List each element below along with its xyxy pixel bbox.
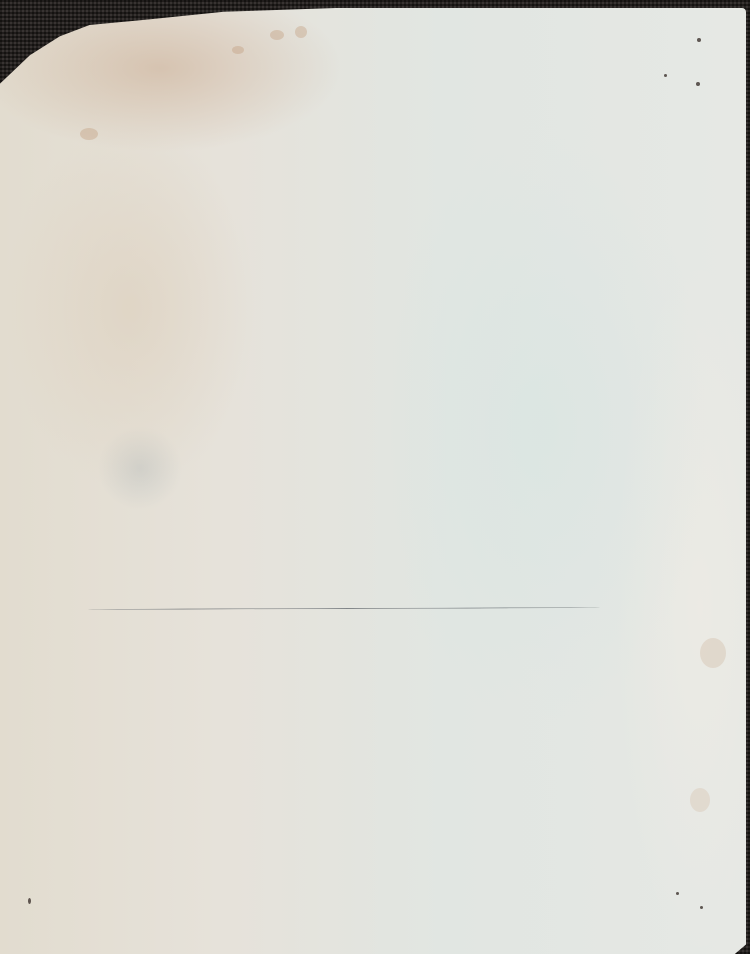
- foxing-stain: [232, 46, 244, 54]
- foxing-stain: [690, 788, 710, 812]
- foxing-stain: [295, 26, 307, 38]
- pinhole: [697, 38, 701, 42]
- pinhole: [676, 892, 679, 895]
- paper-sheet: [0, 8, 746, 954]
- pinhole: [696, 82, 700, 86]
- pencil-line: [88, 607, 600, 610]
- pinhole: [664, 74, 667, 77]
- pinhole: [700, 906, 703, 909]
- foxing-stain: [80, 128, 98, 140]
- foxing-stain: [270, 30, 284, 40]
- pinhole: [28, 898, 31, 904]
- foxing-stain: [700, 638, 726, 668]
